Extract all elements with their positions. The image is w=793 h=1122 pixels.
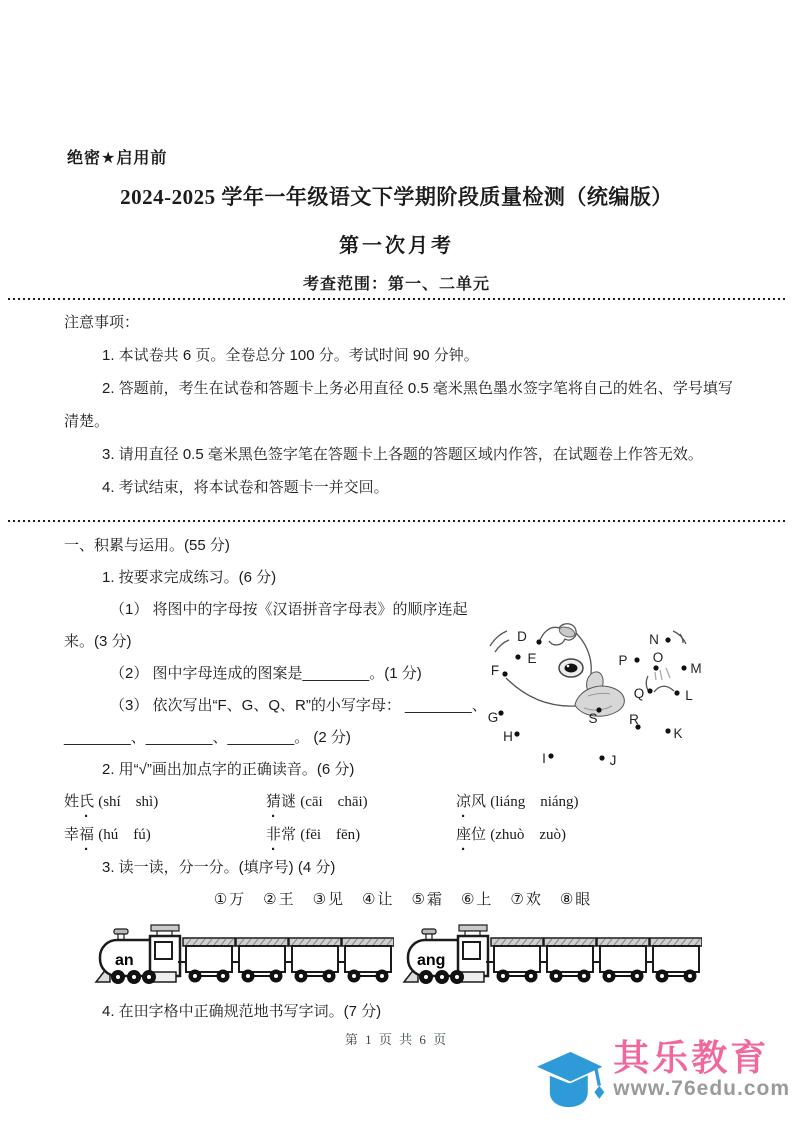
puzzle-dot xyxy=(674,690,679,695)
q2-row-2: 幸福 (hú fú) 非常 (fēi fēn) 座位 (zhuò zuò) xyxy=(64,819,742,852)
logo-text-block: 其乐教育 www.76edu.com xyxy=(613,1037,790,1099)
q1-heading: 1. 按要求完成练习。(6 分) xyxy=(64,562,742,594)
hanzi-dotted: 非 xyxy=(266,826,281,843)
exam-name: 第一次月考 xyxy=(0,229,793,258)
puzzle-letter-j: J xyxy=(610,753,617,768)
q2-word-caimi: 猜谜 (cāi chāi) xyxy=(266,786,456,819)
notice-item-2: 2. 答题前，考生在试卷和答题卡上务必用直径 0.5 毫米黑色墨水签字笔将自己的… xyxy=(64,372,742,438)
chick-eye-inner xyxy=(565,664,578,673)
puzzle-letter-k: K xyxy=(673,726,682,741)
logo-brand-name: 其乐教育 xyxy=(613,1037,790,1078)
hanzi-dotted: 氏 xyxy=(79,793,94,810)
puzzle-dot xyxy=(515,654,520,659)
q2-word-feichang: 非常 (fēi fēn) xyxy=(266,819,456,852)
puzzle-letter-s: S xyxy=(588,711,597,726)
pinyin-options: (zhuò zuò) xyxy=(490,827,566,843)
puzzle-dot xyxy=(647,688,652,693)
pinyin-options: (fēi fēn) xyxy=(300,827,360,843)
hanzi-dotted: 猜 xyxy=(266,793,281,810)
q1-sub2: （2） 图中字母连成的图案是________。(1 分) xyxy=(64,658,490,690)
train-wagon xyxy=(491,938,543,983)
puzzle-letter-d: D xyxy=(517,629,527,644)
puzzle-dot xyxy=(536,639,541,644)
question-1: 1. 按要求完成练习。(6 分) （1） 将图中的字母按《汉语拼音字母表》的顺序… xyxy=(64,562,742,754)
q3-heading: 3. 读一读，分一分。(填序号) (4 分) xyxy=(64,852,742,884)
locomotive xyxy=(96,925,180,984)
q2-word-zuowei: 座位 (zhuò zuò) xyxy=(456,819,742,852)
puzzle-letter-i: I xyxy=(542,751,546,766)
train-wagon xyxy=(544,938,596,983)
notice-item-4: 4. 考试结束，将本试卷和答题卡一并交回。 xyxy=(64,471,742,504)
train-label-an: an xyxy=(115,952,134,969)
hanzi-dotted: 座 xyxy=(456,826,471,843)
q2-row-1: 姓氏 (shí shì) 猜谜 (cāi chāi) 凉风 (liáng niá… xyxy=(64,786,742,819)
puzzle-dot xyxy=(653,665,658,670)
puzzle-dot xyxy=(599,755,604,760)
hanzi-dotted: 福 xyxy=(79,826,94,843)
q2-word-xingshi: 姓氏 (shí shì) xyxy=(64,786,266,819)
hanzi: 谜 xyxy=(281,793,296,810)
puzzle-dot xyxy=(634,657,639,662)
puzzle-letter-e: E xyxy=(527,651,536,666)
hanzi: 姓 xyxy=(64,793,79,810)
puzzle-dot xyxy=(502,671,507,676)
logo-website-url[interactable]: www.76edu.com xyxy=(613,1078,790,1099)
dot-to-dot-chick-figure: D E F G H I J K L M N O P Q R S xyxy=(476,612,772,780)
q3-options: ①万 ②王 ③见 ④让 ⑤霜 ⑥上 ⑦欢 ⑧眼 xyxy=(64,884,742,916)
question-3: 3. 读一读，分一分。(填序号) (4 分) ①万 ②王 ③见 ④让 ⑤霜 ⑥上… xyxy=(64,852,742,916)
section-1-heading: 一、积累与运用。(55 分) xyxy=(64,530,742,562)
puzzle-dot xyxy=(514,731,519,736)
train-an-figure: an xyxy=(94,924,394,992)
hanzi: 风 xyxy=(471,793,486,810)
q1-sub3: （3） 依次写出“F、G、Q、R”的小写字母： ________、_______… xyxy=(64,690,490,754)
puzzle-dot xyxy=(665,728,670,733)
exam-paper-page: 绝密★启用前 2024-2025 学年一年级语文下学期阶段质量检测（统编版） 第… xyxy=(0,0,793,1122)
train-wagon xyxy=(289,938,341,983)
puzzle-dot xyxy=(665,637,670,642)
train-label-ang: ang xyxy=(417,952,445,969)
puzzle-letter-l: L xyxy=(685,688,693,703)
section-1: 一、积累与运用。(55 分) 1. 按要求完成练习。(6 分) （1） 将图中的… xyxy=(64,530,742,1028)
q2-word-xingfu: 幸福 (hú fú) xyxy=(64,819,266,852)
notice-heading: 注意事项： xyxy=(64,306,742,339)
puzzle-letter-m: M xyxy=(690,661,701,676)
train-wagon xyxy=(650,938,702,983)
graduation-cap-icon xyxy=(530,1037,609,1122)
exam-scope: 考查范围：第一、二单元 xyxy=(0,271,793,294)
notice-item-3: 3. 请用直径 0.5 毫米黑色签字笔在答题卡上各题的答题区域内作答，在试题卷上… xyxy=(64,438,742,471)
q2-word-grid: 姓氏 (shí shì) 猜谜 (cāi chāi) 凉风 (liáng niá… xyxy=(64,786,742,852)
dotted-divider-top xyxy=(8,297,787,300)
train-wagon xyxy=(342,938,394,983)
puzzle-letter-g: G xyxy=(488,710,499,725)
train-ang-figure: ang xyxy=(402,924,702,992)
train-wagon xyxy=(183,938,235,983)
publisher-logo: 其乐教育 www.76edu.com xyxy=(530,1037,790,1122)
dotted-divider-bottom xyxy=(8,519,787,522)
puzzle-dot xyxy=(681,665,686,670)
pinyin-options: (liáng niáng) xyxy=(490,794,578,810)
puzzle-dot xyxy=(548,753,553,758)
pinyin-options: (shí shì) xyxy=(98,794,158,810)
hanzi: 常 xyxy=(281,826,296,843)
q2-word-liangfeng: 凉风 (liáng niáng) xyxy=(456,786,742,819)
sorting-trains-figure: an ang xyxy=(94,924,742,992)
puzzle-dot xyxy=(498,710,503,715)
notice-section: 注意事项： 1. 本试卷共 6 页。全卷总分 100 分。考试时间 90 分钟。… xyxy=(64,306,742,504)
page-title: 2024-2025 学年一年级语文下学期阶段质量检测（统编版） xyxy=(0,181,793,211)
chick-crest-shade xyxy=(558,625,576,639)
puzzle-letter-r: R xyxy=(629,712,639,727)
puzzle-letter-n: N xyxy=(649,632,659,647)
q4-heading: 4. 在田字格中正确规范地书写字词。(7 分) xyxy=(64,996,742,1028)
hanzi: 幸 xyxy=(64,826,79,843)
q1-sub1: （1） 将图中的字母按《汉语拼音字母表》的顺序连起来。(3 分) xyxy=(64,594,490,658)
hanzi-dotted: 凉 xyxy=(456,793,471,810)
puzzle-letter-f: F xyxy=(491,663,499,678)
puzzle-letter-q: Q xyxy=(634,686,645,701)
chick-eye-highlight xyxy=(567,665,570,668)
pinyin-options: (cāi chāi) xyxy=(300,794,367,810)
secret-label: 绝密★启用前 xyxy=(67,145,167,168)
train-wagon xyxy=(236,938,288,983)
hanzi: 位 xyxy=(471,826,486,843)
puzzle-letter-h: H xyxy=(503,729,513,744)
pinyin-options: (hú fú) xyxy=(98,827,151,843)
notice-item-1: 1. 本试卷共 6 页。全卷总分 100 分。考试时间 90 分钟。 xyxy=(64,339,742,372)
train-wagon xyxy=(597,938,649,983)
puzzle-letter-p: P xyxy=(618,653,627,668)
puzzle-letter-o: O xyxy=(653,650,664,665)
